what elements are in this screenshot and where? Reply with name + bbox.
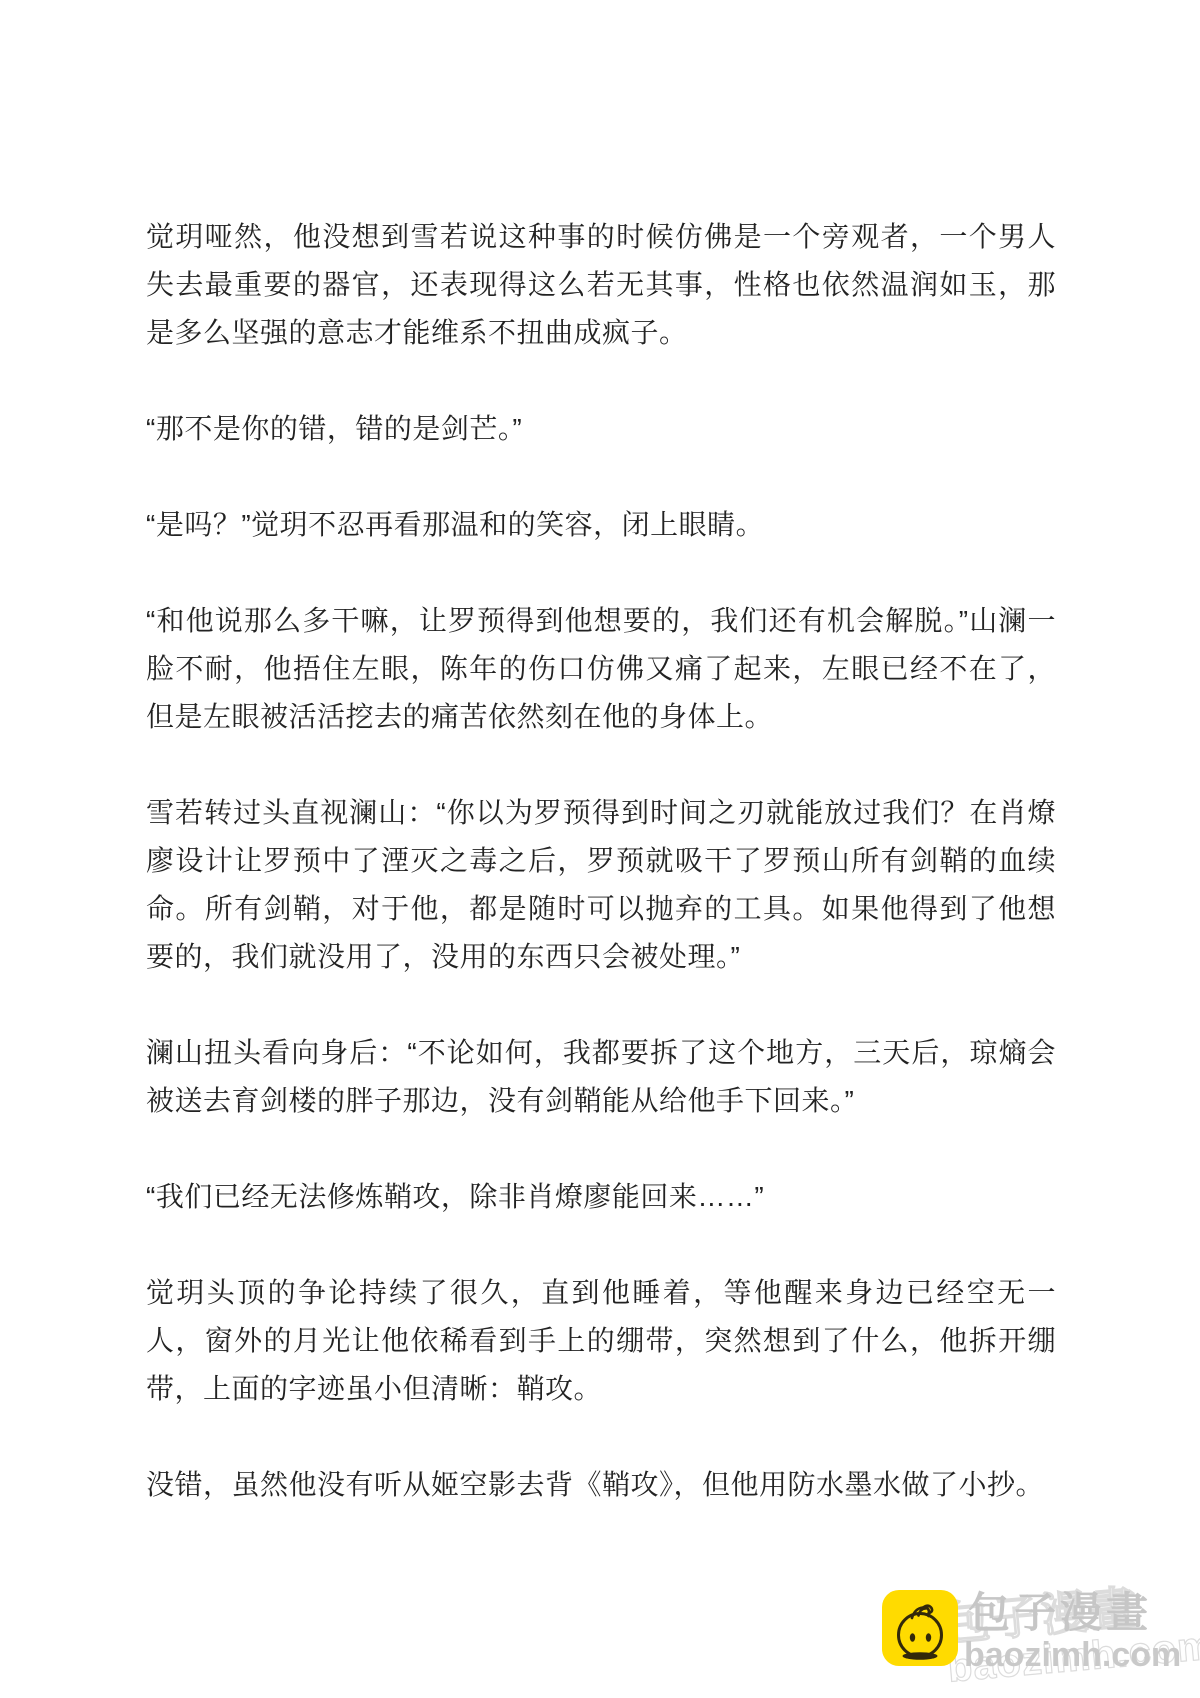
article-paragraph: “那不是你的错，错的是剑芒。” xyxy=(146,405,1056,453)
article-paragraph: 没错，虽然他没有听从姬空影去背《鞘攻》，但他用防水墨水做了小抄。 xyxy=(146,1461,1056,1509)
novel-text-page: 觉玥哑然，他没想到雪若说这种事的时候仿佛是一个旁观者，一个男人失去最重要的器官，… xyxy=(0,0,1200,1698)
article-paragraph: “我们已经无法修炼鞘攻，除非肖燎廖能回来……” xyxy=(146,1173,1056,1221)
article-paragraph: 觉玥头顶的争论持续了很久，直到他睡着，等他醒来身边已经空无一人，窗外的月光让他依… xyxy=(146,1269,1056,1413)
chapter-text: 觉玥哑然，他没想到雪若说这种事的时候仿佛是一个旁观者，一个男人失去最重要的器官，… xyxy=(146,213,1056,1557)
article-paragraph: 觉玥哑然，他没想到雪若说这种事的时候仿佛是一个旁观者，一个男人失去最重要的器官，… xyxy=(146,213,1056,357)
article-paragraph: 澜山扭头看向身后：“不论如何，我都要拆了这个地方，三天后，琼熵会被送去育剑楼的胖… xyxy=(146,1029,1056,1125)
article-paragraph: “是吗？”觉玥不忍再看那温和的笑容，闭上眼睛。 xyxy=(146,501,1056,549)
baozi-bun-icon xyxy=(882,1590,958,1666)
watermark-domain-text: baozimh.com xyxy=(964,1638,1181,1672)
watermark-brand-text: 包子漫畫 xyxy=(968,1591,1152,1635)
article-paragraph: 雪若转过头直视澜山：“你以为罗预得到时间之刃就能放过我们？在肖燎廖设计让罗预中了… xyxy=(146,789,1056,981)
article-paragraph: “和他说那么多干嘛，让罗预得到他想要的，我们还有机会解脱。”山澜一脸不耐，他捂住… xyxy=(146,597,1056,741)
